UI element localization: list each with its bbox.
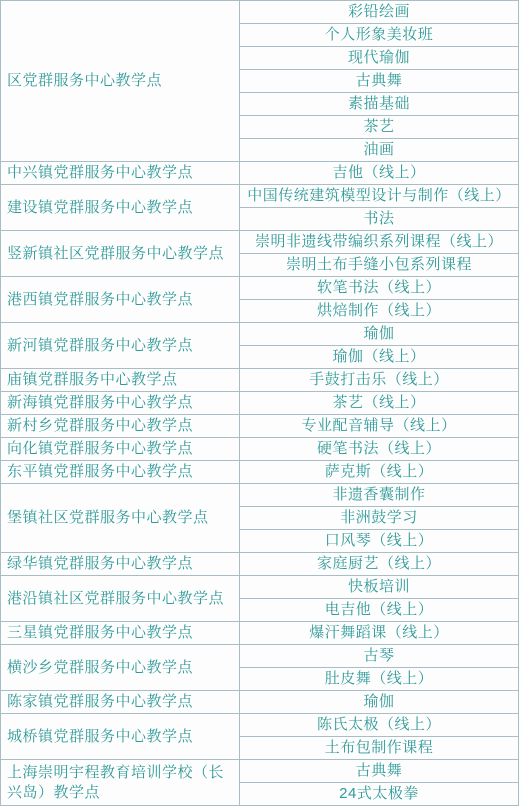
teaching-point-cell: 建设镇党群服务中心教学点 bbox=[1, 185, 240, 231]
teaching-point-cell: 上海崇明宇程教育培训学校（长兴岛）教学点 bbox=[1, 760, 240, 806]
teaching-point-cell: 向化镇党群服务中心教学点 bbox=[1, 438, 240, 461]
course-cell: 茶艺 bbox=[240, 116, 519, 139]
course-cell: 彩铅绘画 bbox=[240, 1, 519, 24]
course-cell: 非遗香囊制作 bbox=[240, 484, 519, 507]
table-row: 庙镇党群服务中心教学点手鼓打击乐（线上） bbox=[1, 369, 519, 392]
course-cell: 萨克斯（线上） bbox=[240, 461, 519, 484]
table-row: 东平镇党群服务中心教学点萨克斯（线上） bbox=[1, 461, 519, 484]
course-cell: 电吉他（线上） bbox=[240, 599, 519, 622]
teaching-point-cell: 中兴镇党群服务中心教学点 bbox=[1, 162, 240, 185]
teaching-point-cell: 港沿镇社区党群服务中心教学点 bbox=[1, 576, 240, 622]
teaching-point-cell: 城桥镇党群服务中心教学点 bbox=[1, 714, 240, 760]
course-cell: 非洲鼓学习 bbox=[240, 507, 519, 530]
teaching-point-cell: 三星镇党群服务中心教学点 bbox=[1, 622, 240, 645]
course-cell: 崇明土布手缝小包系列课程 bbox=[240, 254, 519, 277]
teaching-point-cell: 堡镇社区党群服务中心教学点 bbox=[1, 484, 240, 553]
table-row: 城桥镇党群服务中心教学点陈氏太极（线上） bbox=[1, 714, 519, 737]
course-cell: 古典舞 bbox=[240, 70, 519, 93]
table-row: 横沙乡党群服务中心教学点古琴 bbox=[1, 645, 519, 668]
course-cell: 土布包制作课程 bbox=[240, 737, 519, 760]
course-cell: 油画 bbox=[240, 139, 519, 162]
table-row: 中兴镇党群服务中心教学点吉他（线上） bbox=[1, 162, 519, 185]
course-cell: 瑜伽 bbox=[240, 691, 519, 714]
course-cell: 快板培训 bbox=[240, 576, 519, 599]
table-row: 新海镇党群服务中心教学点茶艺（线上） bbox=[1, 392, 519, 415]
course-cell: 瑜伽 bbox=[240, 323, 519, 346]
teaching-point-cell: 区党群服务中心教学点 bbox=[1, 1, 240, 162]
course-cell: 茶艺（线上） bbox=[240, 392, 519, 415]
teaching-point-cell: 绿华镇党群服务中心教学点 bbox=[1, 553, 240, 576]
table-row: 区党群服务中心教学点彩铅绘画 bbox=[1, 1, 519, 24]
course-cell: 硬笔书法（线上） bbox=[240, 438, 519, 461]
course-cell: 吉他（线上） bbox=[240, 162, 519, 185]
course-cell: 瑜伽（线上） bbox=[240, 346, 519, 369]
page: 区党群服务中心教学点彩铅绘画个人形象美妆班现代瑜伽古典舞素描基础茶艺油画中兴镇党… bbox=[0, 0, 520, 806]
course-cell: 肚皮舞（线上） bbox=[240, 668, 519, 691]
teaching-point-cell: 陈家镇党群服务中心教学点 bbox=[1, 691, 240, 714]
table-row: 建设镇党群服务中心教学点中国传统建筑模型设计与制作（线上） bbox=[1, 185, 519, 208]
course-cell: 软笔书法（线上） bbox=[240, 277, 519, 300]
table-row: 三星镇党群服务中心教学点爆汗舞蹈课（线上） bbox=[1, 622, 519, 645]
teaching-point-cell: 东平镇党群服务中心教学点 bbox=[1, 461, 240, 484]
course-cell: 烘焙制作（线上） bbox=[240, 300, 519, 323]
table-row: 向化镇党群服务中心教学点硬笔书法（线上） bbox=[1, 438, 519, 461]
table-row: 竖新镇社区党群服务中心教学点崇明非遗线带编织系列课程（线上） bbox=[1, 231, 519, 254]
teaching-point-cell: 横沙乡党群服务中心教学点 bbox=[1, 645, 240, 691]
teaching-point-cell: 竖新镇社区党群服务中心教学点 bbox=[1, 231, 240, 277]
course-cell: 崇明非遗线带编织系列课程（线上） bbox=[240, 231, 519, 254]
course-cell: 现代瑜伽 bbox=[240, 47, 519, 70]
course-cell: 24式太极拳 bbox=[240, 783, 519, 806]
teaching-point-cell: 新海镇党群服务中心教学点 bbox=[1, 392, 240, 415]
course-table: 区党群服务中心教学点彩铅绘画个人形象美妆班现代瑜伽古典舞素描基础茶艺油画中兴镇党… bbox=[0, 0, 519, 806]
table-row: 上海崇明宇程教育培训学校（长兴岛）教学点古典舞 bbox=[1, 760, 519, 783]
course-table-body: 区党群服务中心教学点彩铅绘画个人形象美妆班现代瑜伽古典舞素描基础茶艺油画中兴镇党… bbox=[1, 1, 519, 806]
teaching-point-cell: 新村乡党群服务中心教学点 bbox=[1, 415, 240, 438]
table-row: 港西镇党群服务中心教学点软笔书法（线上） bbox=[1, 277, 519, 300]
course-cell: 手鼓打击乐（线上） bbox=[240, 369, 519, 392]
course-cell: 素描基础 bbox=[240, 93, 519, 116]
course-cell: 家庭厨艺（线上） bbox=[240, 553, 519, 576]
course-cell: 古琴 bbox=[240, 645, 519, 668]
teaching-point-cell: 港西镇党群服务中心教学点 bbox=[1, 277, 240, 323]
table-row: 堡镇社区党群服务中心教学点非遗香囊制作 bbox=[1, 484, 519, 507]
course-cell: 书法 bbox=[240, 208, 519, 231]
table-row: 新村乡党群服务中心教学点专业配音辅导（线上） bbox=[1, 415, 519, 438]
course-cell: 专业配音辅导（线上） bbox=[240, 415, 519, 438]
teaching-point-cell: 庙镇党群服务中心教学点 bbox=[1, 369, 240, 392]
table-row: 绿华镇党群服务中心教学点家庭厨艺（线上） bbox=[1, 553, 519, 576]
course-cell: 中国传统建筑模型设计与制作（线上） bbox=[240, 185, 519, 208]
table-row: 陈家镇党群服务中心教学点瑜伽 bbox=[1, 691, 519, 714]
course-cell: 个人形象美妆班 bbox=[240, 24, 519, 47]
course-cell: 口风琴（线上） bbox=[240, 530, 519, 553]
course-cell: 爆汗舞蹈课（线上） bbox=[240, 622, 519, 645]
table-row: 港沿镇社区党群服务中心教学点快板培训 bbox=[1, 576, 519, 599]
table-row: 新河镇党群服务中心教学点瑜伽 bbox=[1, 323, 519, 346]
course-cell: 陈氏太极（线上） bbox=[240, 714, 519, 737]
course-cell: 古典舞 bbox=[240, 760, 519, 783]
teaching-point-cell: 新河镇党群服务中心教学点 bbox=[1, 323, 240, 369]
